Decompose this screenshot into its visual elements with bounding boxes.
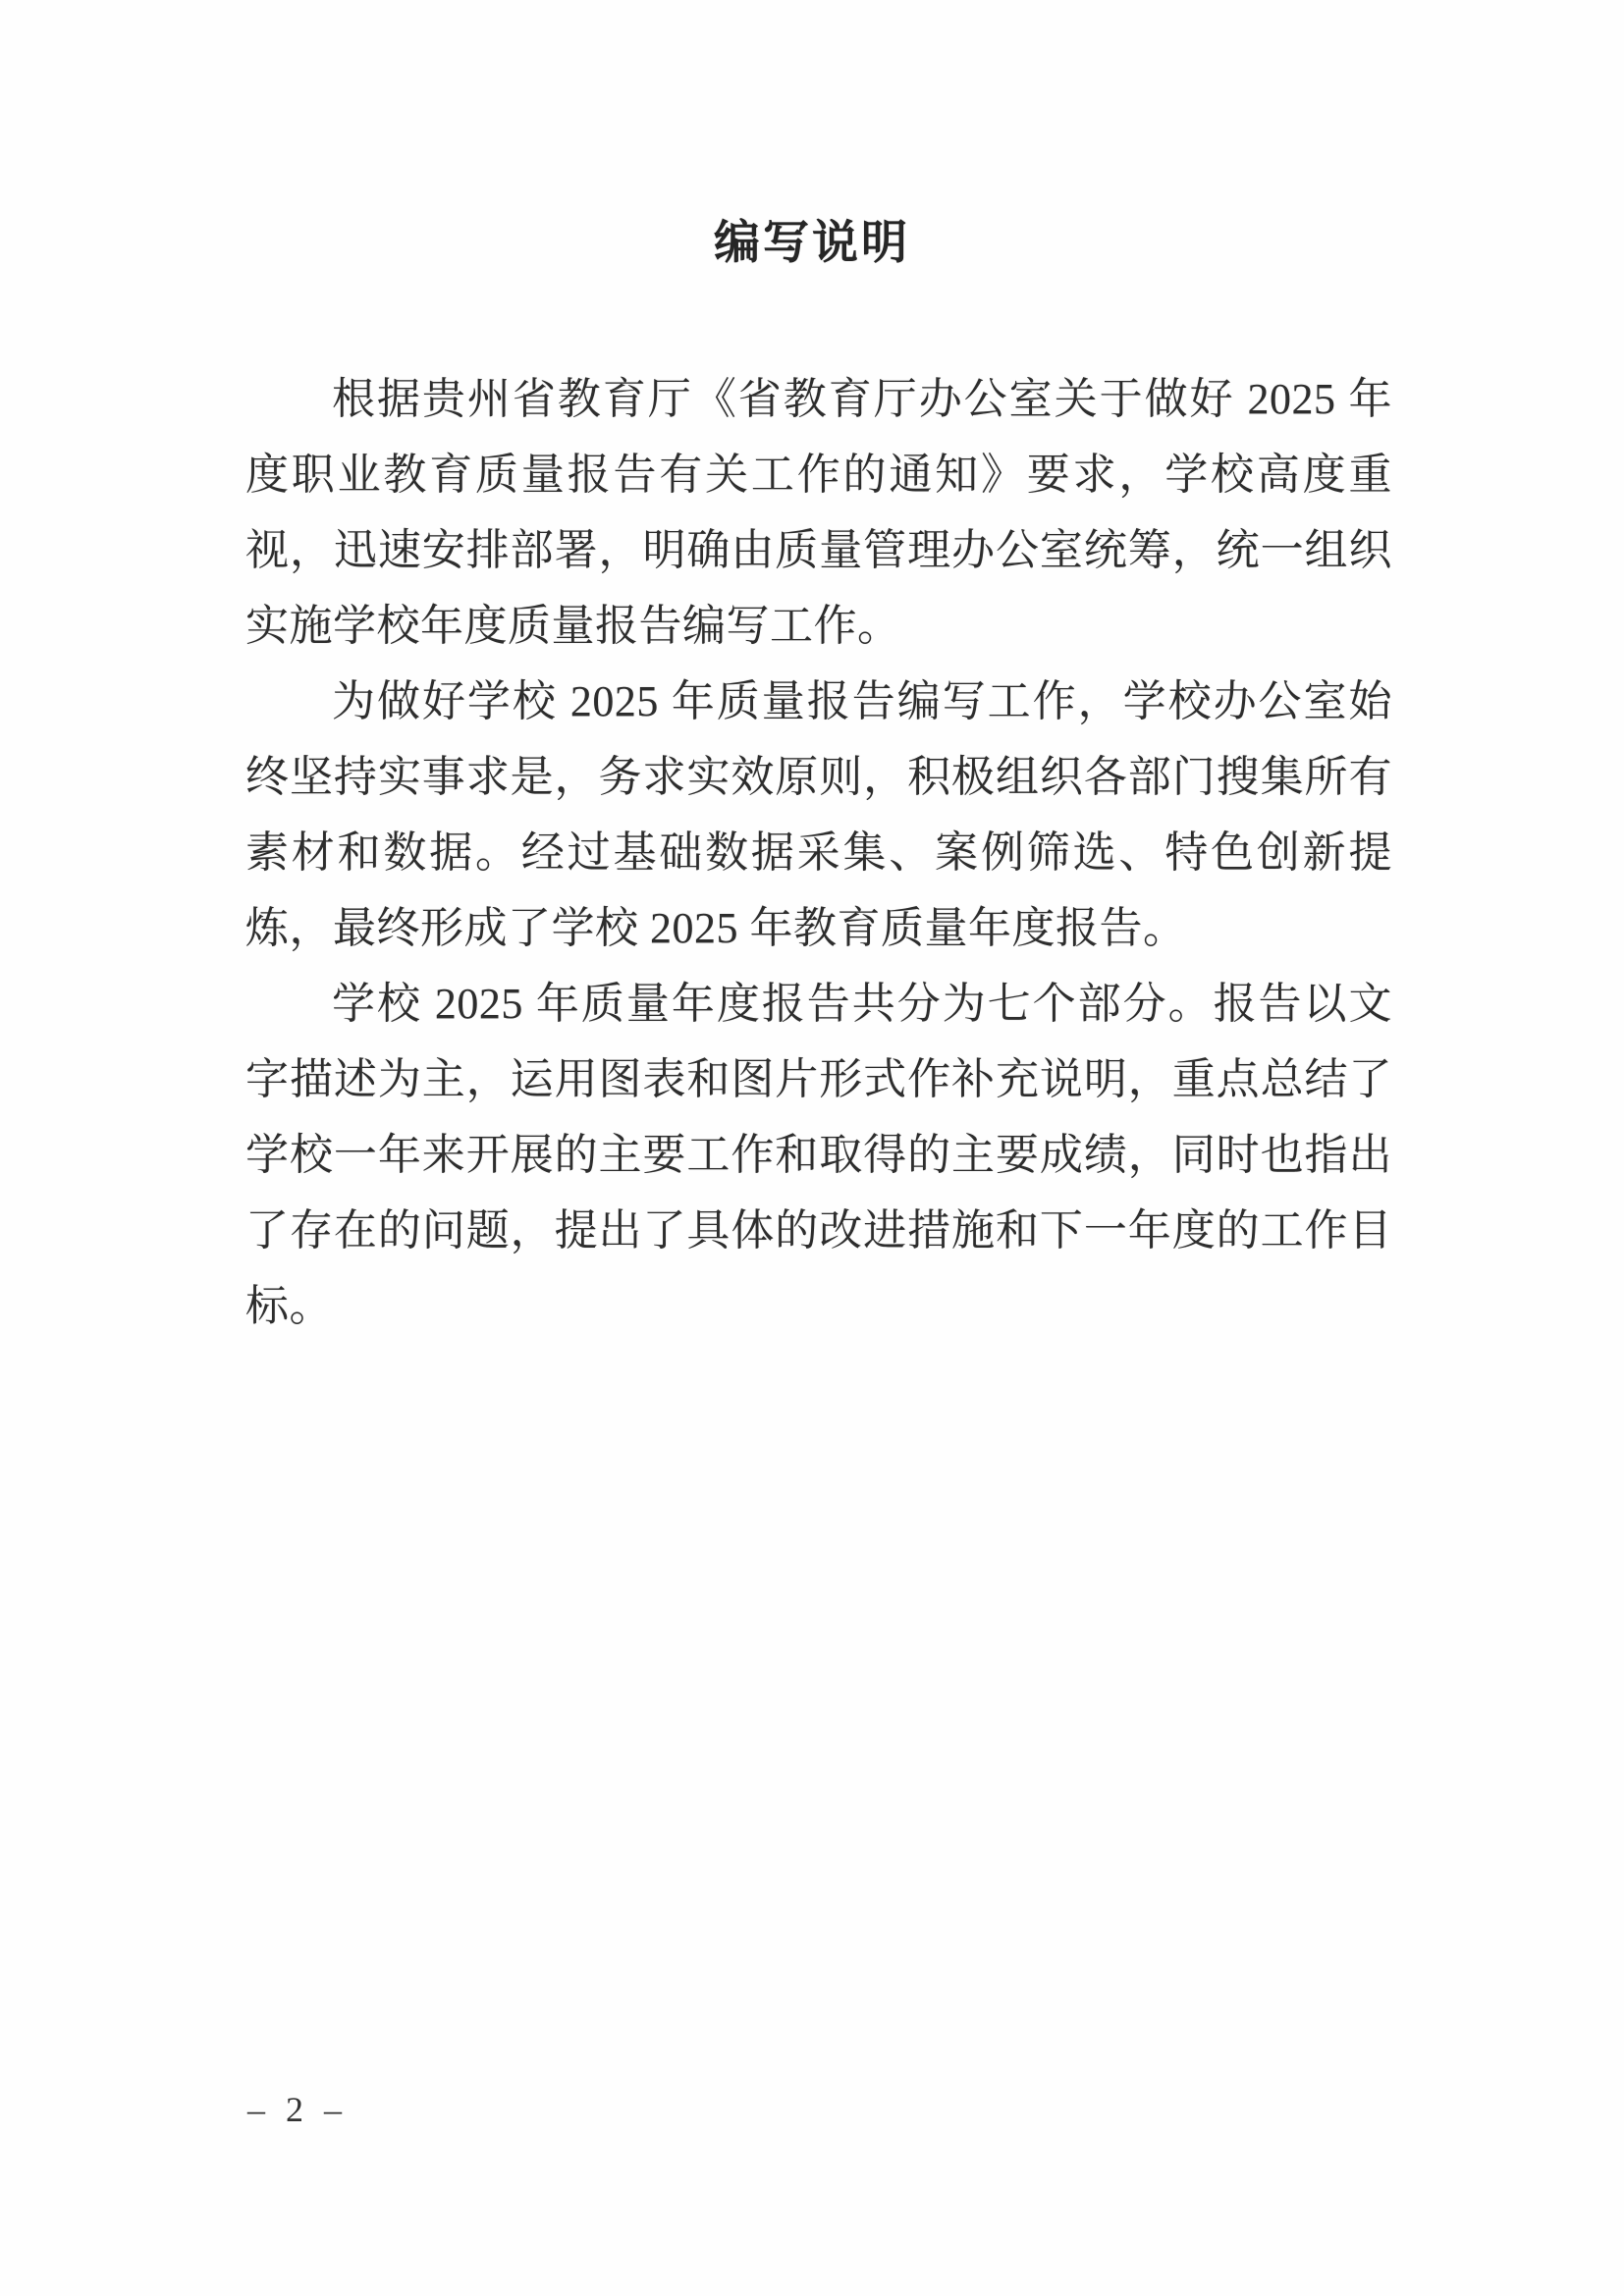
paragraph-3: 学校 2025 年质量年度报告共分为七个部分。报告以文字描述为主，运用图表和图片… (245, 966, 1392, 1344)
document-page: 编写说明 根据贵州省教育厅《省教育厅办公室关于做好 2025 年度职业教育质量报… (0, 0, 1624, 2296)
body-text: 根据贵州省教育厅《省教育厅办公室关于做好 2025 年度职业教育质量报告有关工作… (245, 361, 1392, 1344)
paragraph-1: 根据贵州省教育厅《省教育厅办公室关于做好 2025 年度职业教育质量报告有关工作… (245, 361, 1392, 664)
page-title: 编写说明 (0, 206, 1624, 272)
paragraph-2: 为做好学校 2025 年质量报告编写工作，学校办公室始终坚持实事求是，务求实效原… (245, 664, 1392, 966)
page-number: – 2 – (247, 2089, 348, 2130)
